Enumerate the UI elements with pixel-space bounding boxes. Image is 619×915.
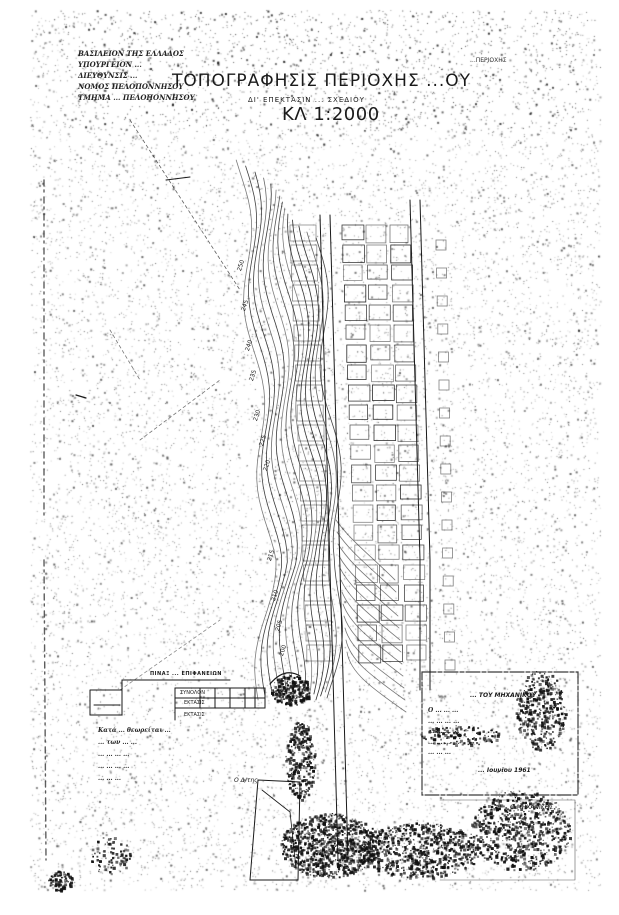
plot — [444, 632, 454, 642]
city-block — [354, 525, 373, 540]
authority-line: ΒΑΣΙΛΕΙΟΝ ΤΗΣ ΕΛΛΑΔΟΣ — [78, 48, 195, 59]
signature-left: Ο Δ/της — [234, 777, 258, 784]
city-block — [405, 605, 426, 621]
grid-line — [166, 177, 190, 180]
city-block — [372, 365, 394, 382]
city-block — [381, 605, 403, 620]
authority-line: ΤΜΗΜΑ ... ΠΕΛΟΠΟΝΝΗΣΟΥ — [78, 92, 195, 103]
city-block — [395, 345, 414, 362]
city-block — [394, 325, 413, 342]
map-scale: ΚΛ 1:2000 — [282, 104, 380, 125]
city-block — [392, 265, 413, 280]
grid-line — [76, 395, 86, 398]
city-block — [366, 225, 386, 243]
note-line: Ο ... ... ... — [428, 706, 459, 717]
city-block — [407, 645, 426, 660]
city-block — [300, 485, 326, 501]
note-line: ... ... ... ... — [98, 749, 171, 761]
city-block — [371, 345, 390, 360]
city-block — [400, 465, 420, 481]
city-block — [296, 385, 322, 401]
contour-line — [253, 172, 287, 692]
contour-line — [268, 190, 302, 700]
city-block — [342, 225, 364, 240]
city-block — [391, 245, 411, 263]
city-block — [306, 625, 332, 641]
city-block — [344, 265, 363, 281]
city-block — [378, 525, 397, 543]
note-right-header: ... ΤΟΥ ΜΗΧΑΝΙΚΟΥ — [470, 692, 536, 699]
note-line: ... ... ... ... — [98, 761, 171, 773]
plot — [439, 380, 449, 390]
city-block — [368, 285, 387, 299]
city-block — [372, 385, 394, 400]
city-block — [353, 505, 373, 522]
plot — [443, 576, 453, 586]
note-line: ... ... ... ... — [428, 738, 459, 749]
city-block — [369, 305, 390, 320]
coastal-road — [420, 200, 430, 690]
city-block — [392, 285, 413, 302]
top-right-note: ...ΠΕΡΙΟΧΗΣ — [470, 57, 507, 64]
city-block — [350, 425, 369, 439]
plot — [437, 268, 447, 278]
city-block — [304, 585, 330, 601]
plot — [441, 464, 451, 474]
map-linework — [0, 0, 619, 915]
city-block — [368, 265, 388, 279]
city-block — [404, 565, 425, 580]
plot — [436, 240, 446, 250]
note-date: ... Ιουνίου 1961 — [478, 767, 531, 774]
city-block — [398, 425, 418, 442]
note-line: ... ... ... — [428, 748, 459, 759]
city-block — [348, 365, 367, 380]
city-block — [379, 545, 399, 559]
plot — [440, 436, 450, 446]
city-block — [292, 285, 318, 301]
grid-line — [130, 120, 240, 290]
city-block — [376, 485, 395, 501]
note-left: Κατά ... θεωρείται ... ... των ... ... .… — [98, 725, 171, 785]
main-road — [320, 215, 338, 860]
city-block — [406, 625, 427, 640]
plot — [438, 352, 448, 362]
map-title: ΤΟΠΟΓΡΑΦΗΣΙΣ ΠΕΡΙΟΧΗΣ ...ΟΥ — [172, 71, 471, 91]
city-block — [380, 585, 398, 601]
note-line: ... ... ... — [98, 773, 171, 785]
city-block — [373, 405, 393, 419]
note-line: Κατά ... θεωρείται ... — [98, 725, 171, 737]
note-line: ... ... ... ... — [428, 727, 459, 738]
plot — [441, 492, 451, 502]
city-block — [399, 445, 418, 462]
grid-line — [110, 330, 140, 380]
plot — [442, 520, 452, 530]
area-table-row: ΕΚΤΑΣΙΣ — [184, 712, 205, 718]
area-table-header: ΣΥΝΟΛΟΝ — [180, 690, 205, 696]
city-block — [404, 585, 423, 601]
city-block — [397, 405, 417, 420]
area-table-row: ΕΚΤΑΣΙΣ — [184, 700, 205, 706]
map-subtitle: ΔΙ' ΕΠΕΚΤΑΣΙΝ ... ΣΧΕΔΙΟΥ — [248, 96, 365, 104]
city-block — [374, 425, 396, 441]
city-block — [351, 445, 371, 459]
city-block — [346, 325, 365, 339]
city-block — [352, 485, 373, 501]
left-border — [44, 180, 46, 860]
city-block — [343, 245, 365, 263]
city-block — [356, 565, 378, 583]
city-block — [393, 305, 412, 321]
contour-line — [236, 160, 276, 700]
contour-line — [278, 202, 312, 692]
city-block — [348, 385, 370, 401]
city-block — [344, 285, 365, 302]
city-block — [345, 305, 366, 321]
plot — [445, 660, 455, 670]
city-block — [377, 505, 395, 521]
city-block — [352, 465, 371, 483]
plot — [437, 296, 447, 306]
area-table — [90, 680, 265, 720]
city-block — [396, 385, 416, 403]
plot — [444, 604, 454, 614]
note-line: ... ... ... ... — [428, 717, 459, 728]
city-block — [347, 345, 366, 362]
plot — [440, 408, 450, 418]
city-block — [358, 625, 376, 641]
city-block — [390, 225, 408, 243]
city-block — [367, 245, 387, 263]
signature-right: Ο ΜΗΧΑΝΙΚΟΣ — [510, 804, 553, 811]
plot — [443, 548, 453, 558]
note-line: ... των ... ... — [98, 737, 171, 749]
city-block — [370, 325, 390, 342]
city-block — [396, 365, 416, 381]
contour-line — [293, 220, 327, 700]
city-block — [383, 645, 403, 662]
city-block — [359, 645, 381, 663]
city-block — [402, 525, 421, 539]
authority-line: ΥΠΟΥΡΓΕΙΟΝ ... — [78, 59, 195, 70]
city-block — [355, 545, 376, 560]
city-block — [376, 465, 397, 480]
plot — [438, 324, 448, 334]
city-block — [375, 445, 395, 462]
area-table-title: ΠΙΝΑΞ ... ΕΠΙΦΑΝΕΙΩΝ — [150, 671, 222, 677]
note-right: Ο ... ... ... ... ... ... ... ... ... ..… — [428, 706, 459, 759]
city-block — [300, 465, 326, 481]
city-block — [403, 545, 424, 560]
city-block — [349, 405, 367, 420]
grid-line — [140, 380, 220, 440]
